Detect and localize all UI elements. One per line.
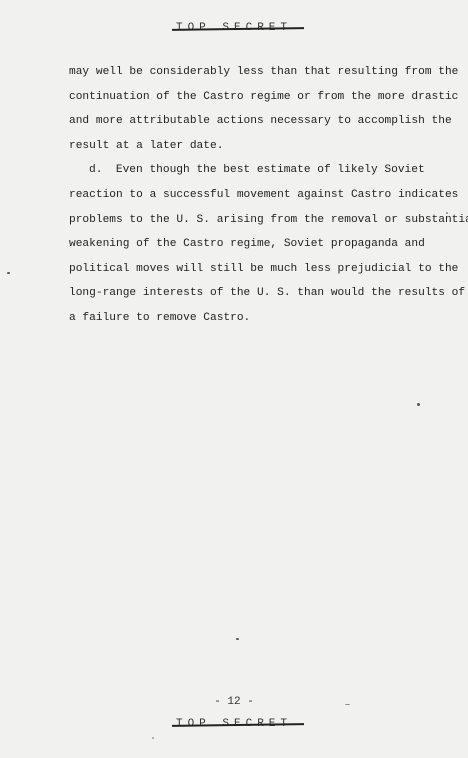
paragraph-d: d. Even though the best estimate of like…: [69, 158, 444, 330]
text-line: continuation of the Castro regime or fro…: [69, 85, 444, 110]
text-line: long-range interests of the U. S. than w…: [69, 281, 444, 306]
text-line: weakening of the Castro regime, Soviet p…: [69, 232, 444, 257]
scan-speck: [417, 403, 420, 406]
scan-speck: [446, 212, 448, 214]
text-line: a failure to remove Castro.: [69, 306, 444, 331]
text-line: political moves will still be much less …: [69, 257, 444, 282]
classification-footer-text: TOP SECRET: [176, 718, 292, 730]
page-number: - 12 -: [0, 696, 468, 708]
classification-footer: TOP SECRET: [0, 718, 468, 730]
text-line: d. Even though the best estimate of like…: [69, 158, 444, 183]
classification-header: TOP SECRET: [0, 22, 468, 34]
text-line: and more attributable actions necessary …: [69, 109, 444, 134]
scan-speck: [236, 638, 239, 640]
paragraph-continued: may well be considerably less than that …: [69, 60, 444, 158]
document-page: TOP SECRET may well be considerably less…: [0, 0, 468, 758]
text-line: result at a later date.: [69, 134, 444, 159]
paragraph-first-line: Even though the best estimate of likely …: [116, 164, 425, 176]
paragraph-label: d.: [89, 164, 102, 176]
text-line: may well be considerably less than that …: [69, 60, 444, 85]
text-line: reaction to a successful movement agains…: [69, 183, 444, 208]
classification-header-text: TOP SECRET: [176, 22, 292, 34]
text-line: problems to the U. S. arising from the r…: [69, 208, 444, 233]
scan-speck: [345, 704, 350, 705]
scan-speck: [152, 737, 154, 739]
document-body: may well be considerably less than that …: [69, 60, 444, 331]
scan-speck: [7, 272, 10, 274]
